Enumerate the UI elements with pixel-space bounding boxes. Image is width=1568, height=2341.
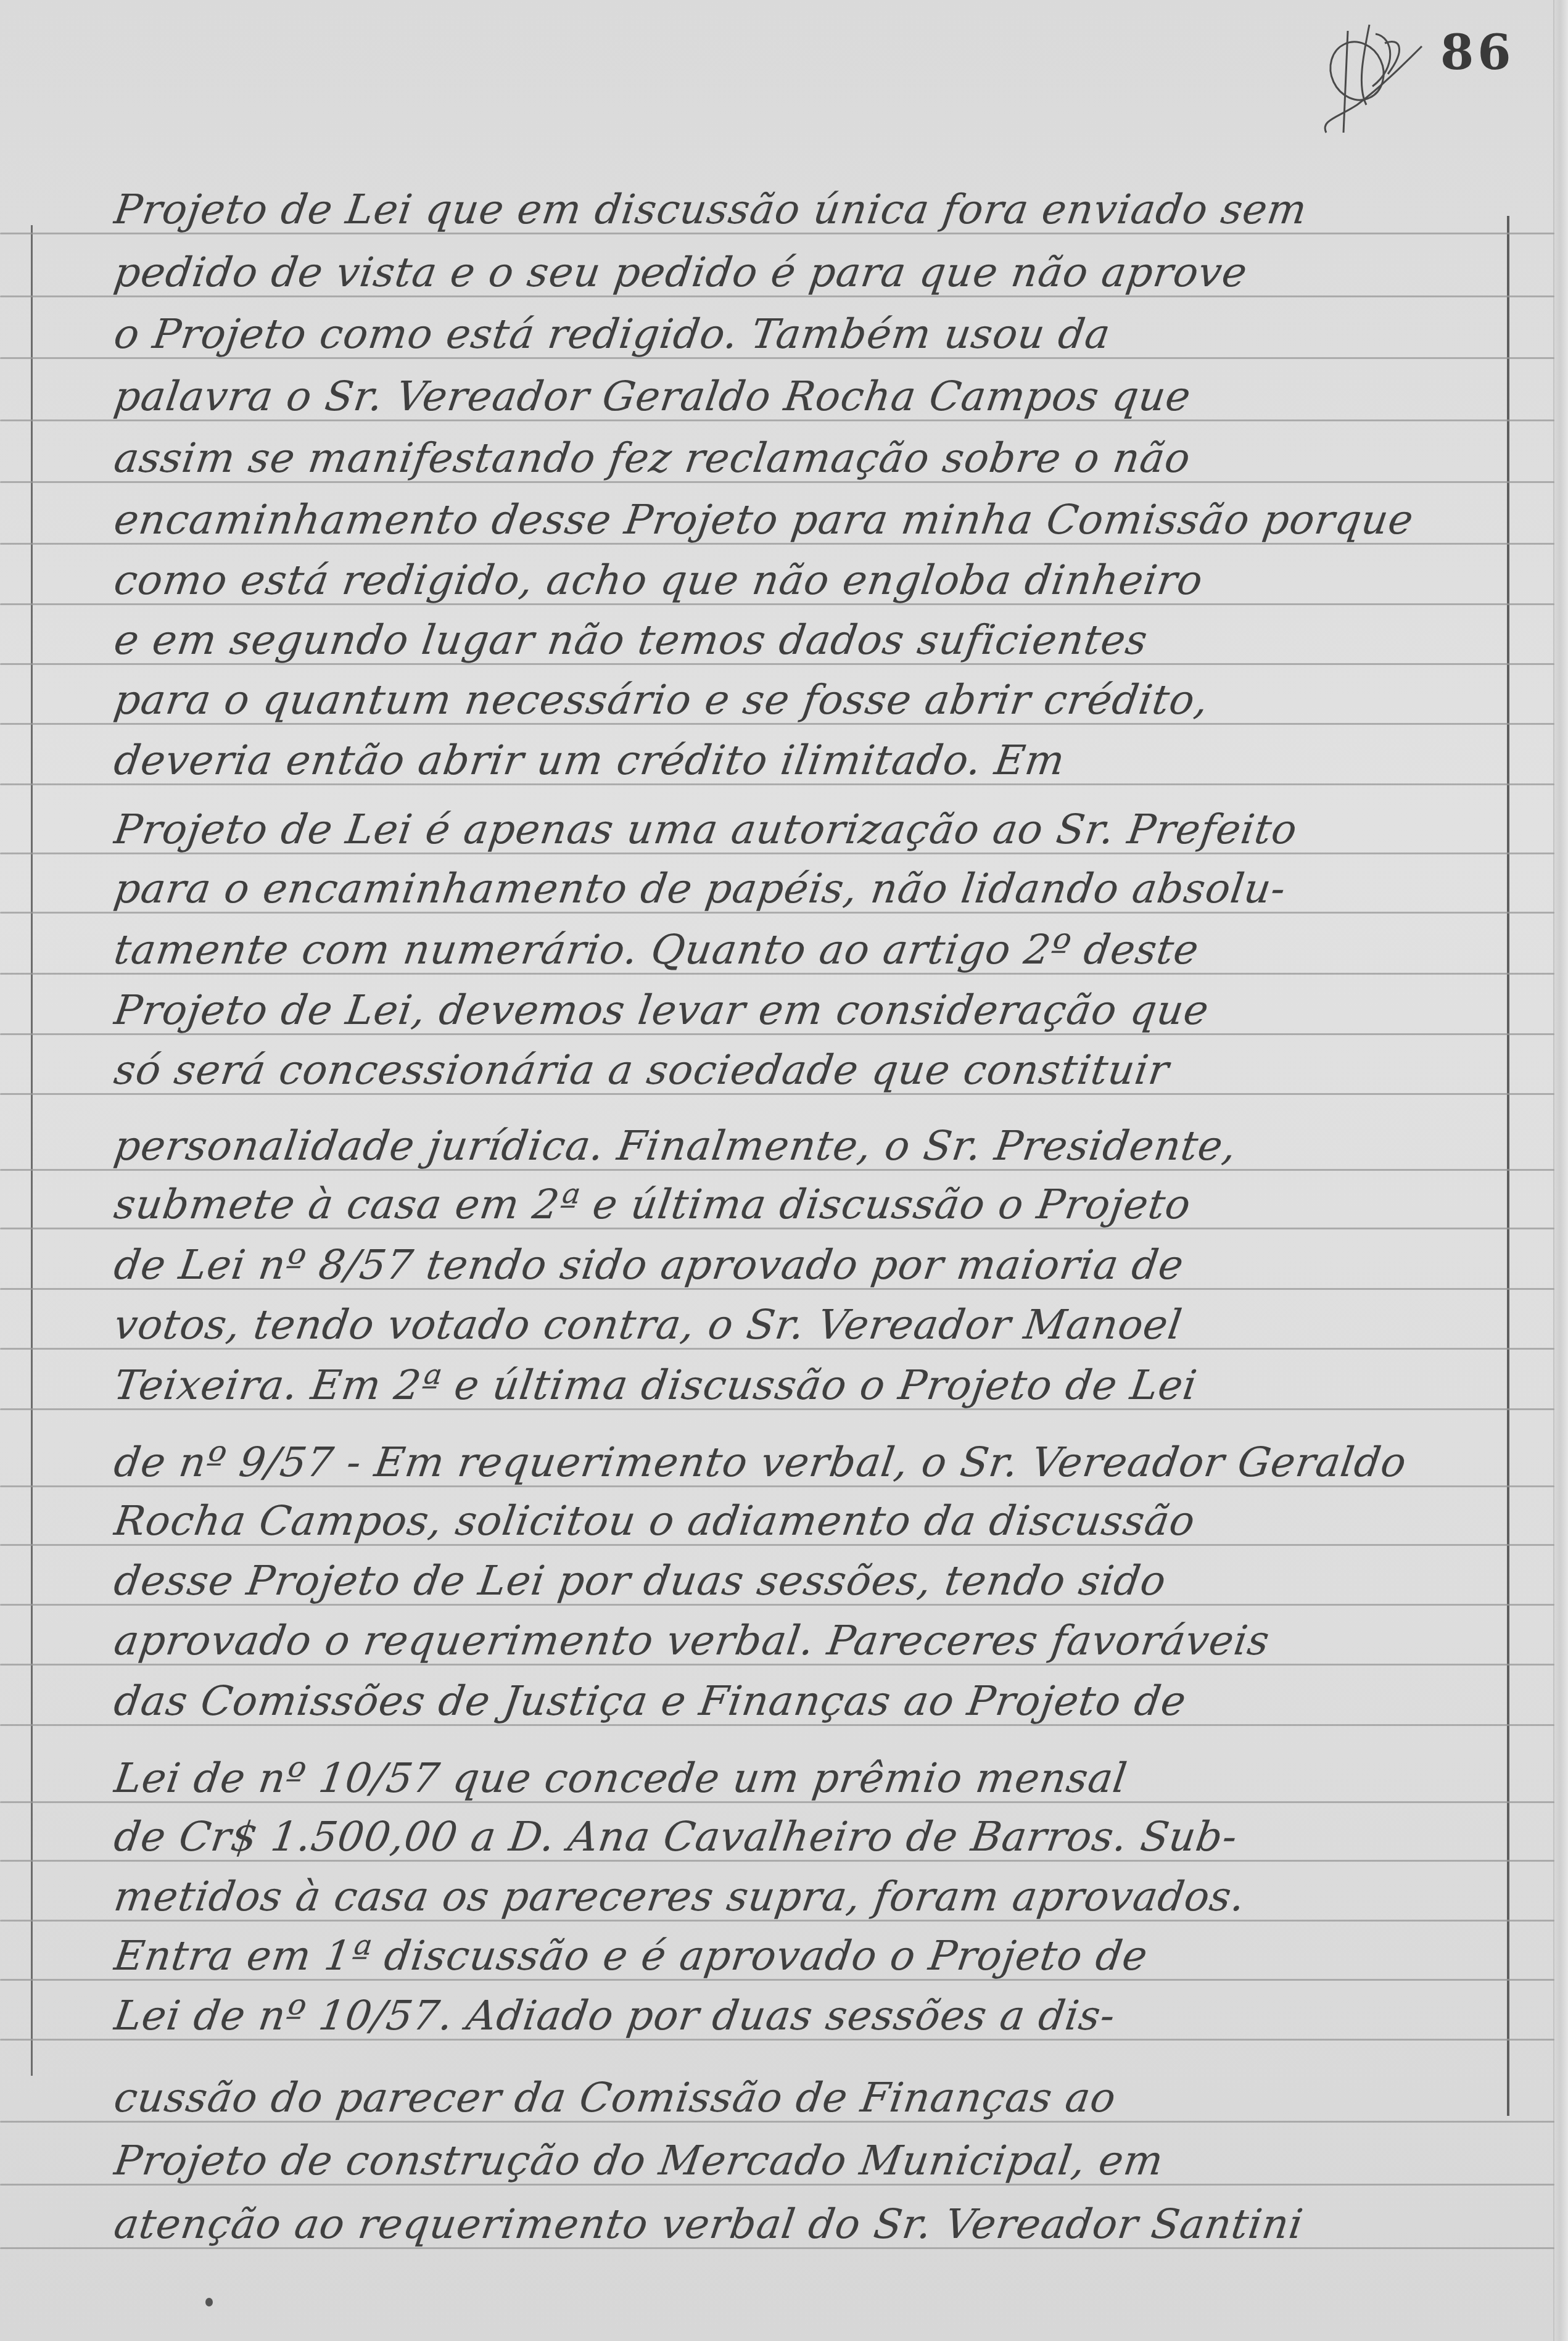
handwritten-line: palavra o Sr. Vereador Geraldo Rocha Cam… [111,372,1506,421]
handwritten-line: das Comissões de Justiça e Finanças ao P… [111,1677,1506,1726]
handwritten-line: cussão do parecer da Comissão de Finança… [111,2073,1506,2123]
left-margin-rule [31,225,33,2076]
handwritten-line: personalidade jurídica. Finalmente, o Sr… [111,1121,1506,1171]
handwritten-line: para o quantum necessário e se fosse abr… [111,675,1506,725]
handwritten-line: aprovado o requerimento verbal. Parecere… [111,1616,1506,1666]
handwritten-line: votos, tendo votado contra, o Sr. Veread… [111,1300,1506,1350]
handwritten-line: o Projeto como está redigido. Também uso… [111,310,1506,359]
handwritten-line: como está redigido, acho que não engloba… [111,556,1506,605]
handwritten-line: e em segundo lugar não temos dados sufic… [111,616,1506,665]
handwritten-line: Projeto de Lei, devemos levar em conside… [111,986,1506,1035]
handwritten-line: tamente com numerário. Quanto ao artigo … [111,925,1506,975]
handwritten-line: Entra em 1ª discussão e é aprovado o Pro… [111,1931,1506,1981]
handwritten-line: Lei de nº 10/57 que concede um prêmio me… [111,1754,1506,1803]
handwritten-line: Projeto de construção do Mercado Municip… [111,2136,1506,2186]
handwritten-line: encaminhamento desse Projeto para minha … [111,495,1506,545]
page-edge [1553,0,1568,2341]
handwritten-line: Projeto de Lei é apenas uma autorização … [111,805,1506,854]
handwritten-line: assim se manifestando fez reclamação sob… [111,434,1506,483]
handwritten-line: Projeto de Lei que em discussão única fo… [111,185,1506,234]
handwritten-line: pedido de vista e o seu pedido é para qu… [111,248,1506,297]
handwritten-line: submete à casa em 2ª e última discussão … [111,1180,1506,1229]
handwritten-line: só será concessionária a sociedade que c… [111,1046,1506,1095]
handwritten-line: Rocha Campos, solicitou o adiamento da d… [111,1497,1506,1546]
handwritten-line: de nº 9/57 - Em requerimento verbal, o S… [111,1438,1506,1487]
handwritten-line: atenção ao requerimento verbal do Sr. Ve… [111,2200,1506,2249]
rubric-signature-icon [1314,12,1425,136]
document-page: 86 Projeto de Lei que em discussão única… [0,0,1568,2341]
handwritten-line: Lei de nº 10/57. Adiado por duas sessões… [111,1991,1506,2041]
handwritten-line: metidos à casa os pareceres supra, foram… [111,1872,1506,1922]
handwritten-line: desse Projeto de Lei por duas sessões, t… [111,1556,1506,1606]
handwritten-line: de Cr$ 1.500,00 a D. Ana Cavalheiro de B… [111,1812,1506,1862]
handwritten-line: Teixeira. Em 2ª e última discussão o Pro… [111,1361,1506,1410]
handwritten-line: deveria então abrir um crédito ilimitado… [111,736,1506,785]
handwritten-line: de Lei nº 8/57 tendo sido aprovado por m… [111,1241,1506,1290]
right-margin-rule [1507,216,1509,2116]
page-number: 86 [1440,25,1515,81]
handwritten-line: para o encaminhamento de papéis, não lid… [111,864,1506,914]
ink-dot [205,2298,213,2306]
